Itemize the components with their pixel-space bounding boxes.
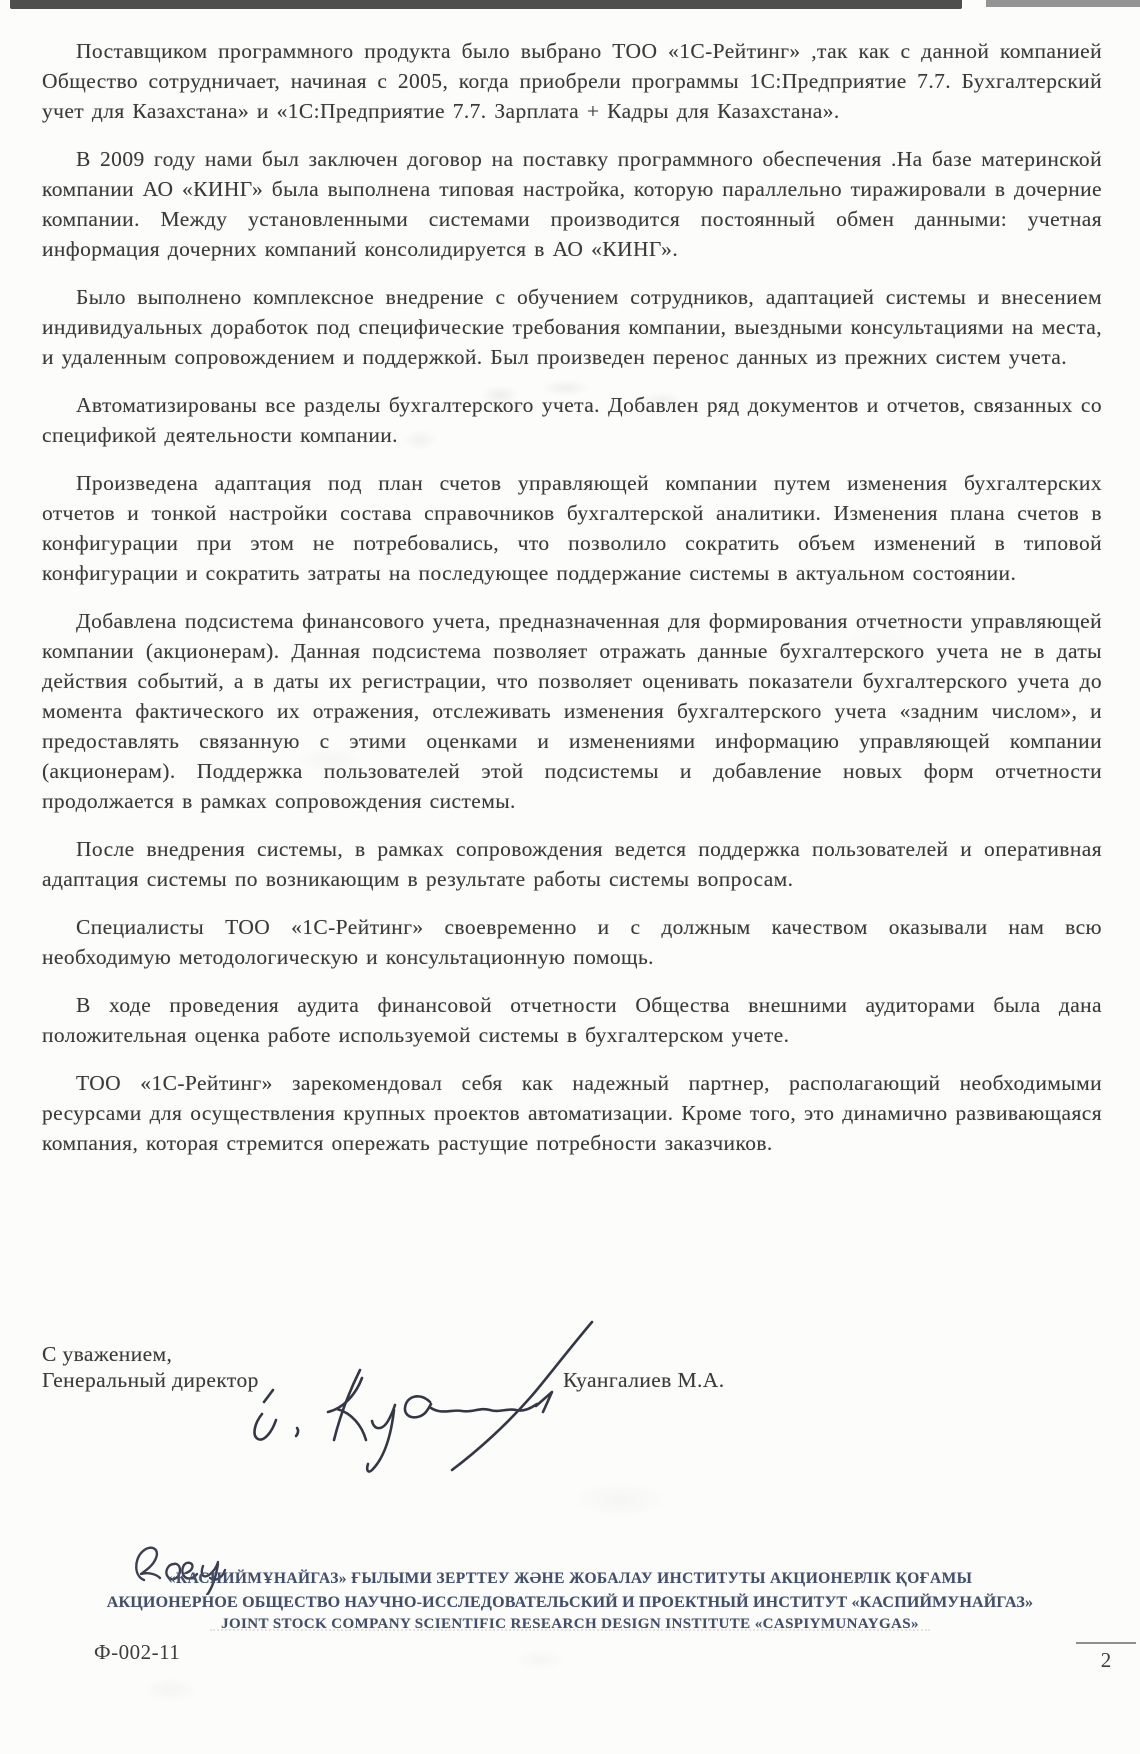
paragraph-financial-subsystem: Добавлена подсистема финансового учета, … <box>42 606 1102 816</box>
paragraph-2009-contract: В 2009 году нами был заключен договор на… <box>42 144 1102 264</box>
scan-artifact-top-bar <box>10 0 962 9</box>
paragraph-audit: В ходе проведения аудита финансовой отче… <box>42 990 1102 1050</box>
paragraph-automation: Автоматизированы все разделы бухгалтерск… <box>42 390 1102 450</box>
paragraph-specialists: Специалисты ТОО «1С-Рейтинг» своевременн… <box>42 912 1102 972</box>
page-number-rule <box>1076 1642 1136 1644</box>
closing-regards: С уважением, <box>42 1341 172 1367</box>
footer-institute-kazakh: «КАСПИЙМҰНАЙГАЗ» ҒЫЛЫМИ ЗЕРТТЕУ ЖӘНЕ ЖОБ… <box>0 1570 1140 1588</box>
footer-institute-russian: АКЦИОНЕРНОЕ ОБЩЕСТВО НАУЧНО-ИССЛЕДОВАТЕЛ… <box>0 1594 1140 1612</box>
scan-artifact-top-right-bar <box>986 0 1140 7</box>
letter-body: Поставщиком программного продукта было в… <box>42 36 1102 1176</box>
paragraph-chart-of-accounts: Произведена адаптация под план счетов уп… <box>42 468 1102 588</box>
footer-institute-english: JOINT STOCK COMPANY SCIENTIFIC RESEARCH … <box>0 1616 1140 1633</box>
paragraph-implementation: Было выполнено комплексное внедрение с о… <box>42 282 1102 372</box>
paragraph-support: После внедрения системы, в рамках сопров… <box>42 834 1102 894</box>
scanned-letter-page: Поставщиком программного продукта было в… <box>0 0 1140 1754</box>
paragraph-recommendation: ТОО «1С-Рейтинг» зарекомендовал себя как… <box>42 1068 1102 1158</box>
form-code: Ф-002-11 <box>94 1640 180 1665</box>
page-number: 2 <box>1076 1648 1136 1673</box>
director-signature-scribble <box>240 1318 610 1478</box>
closing-director-title: Генеральный директор <box>42 1367 259 1393</box>
paragraph-supplier-choice: Поставщиком программного продукта было в… <box>42 36 1102 126</box>
